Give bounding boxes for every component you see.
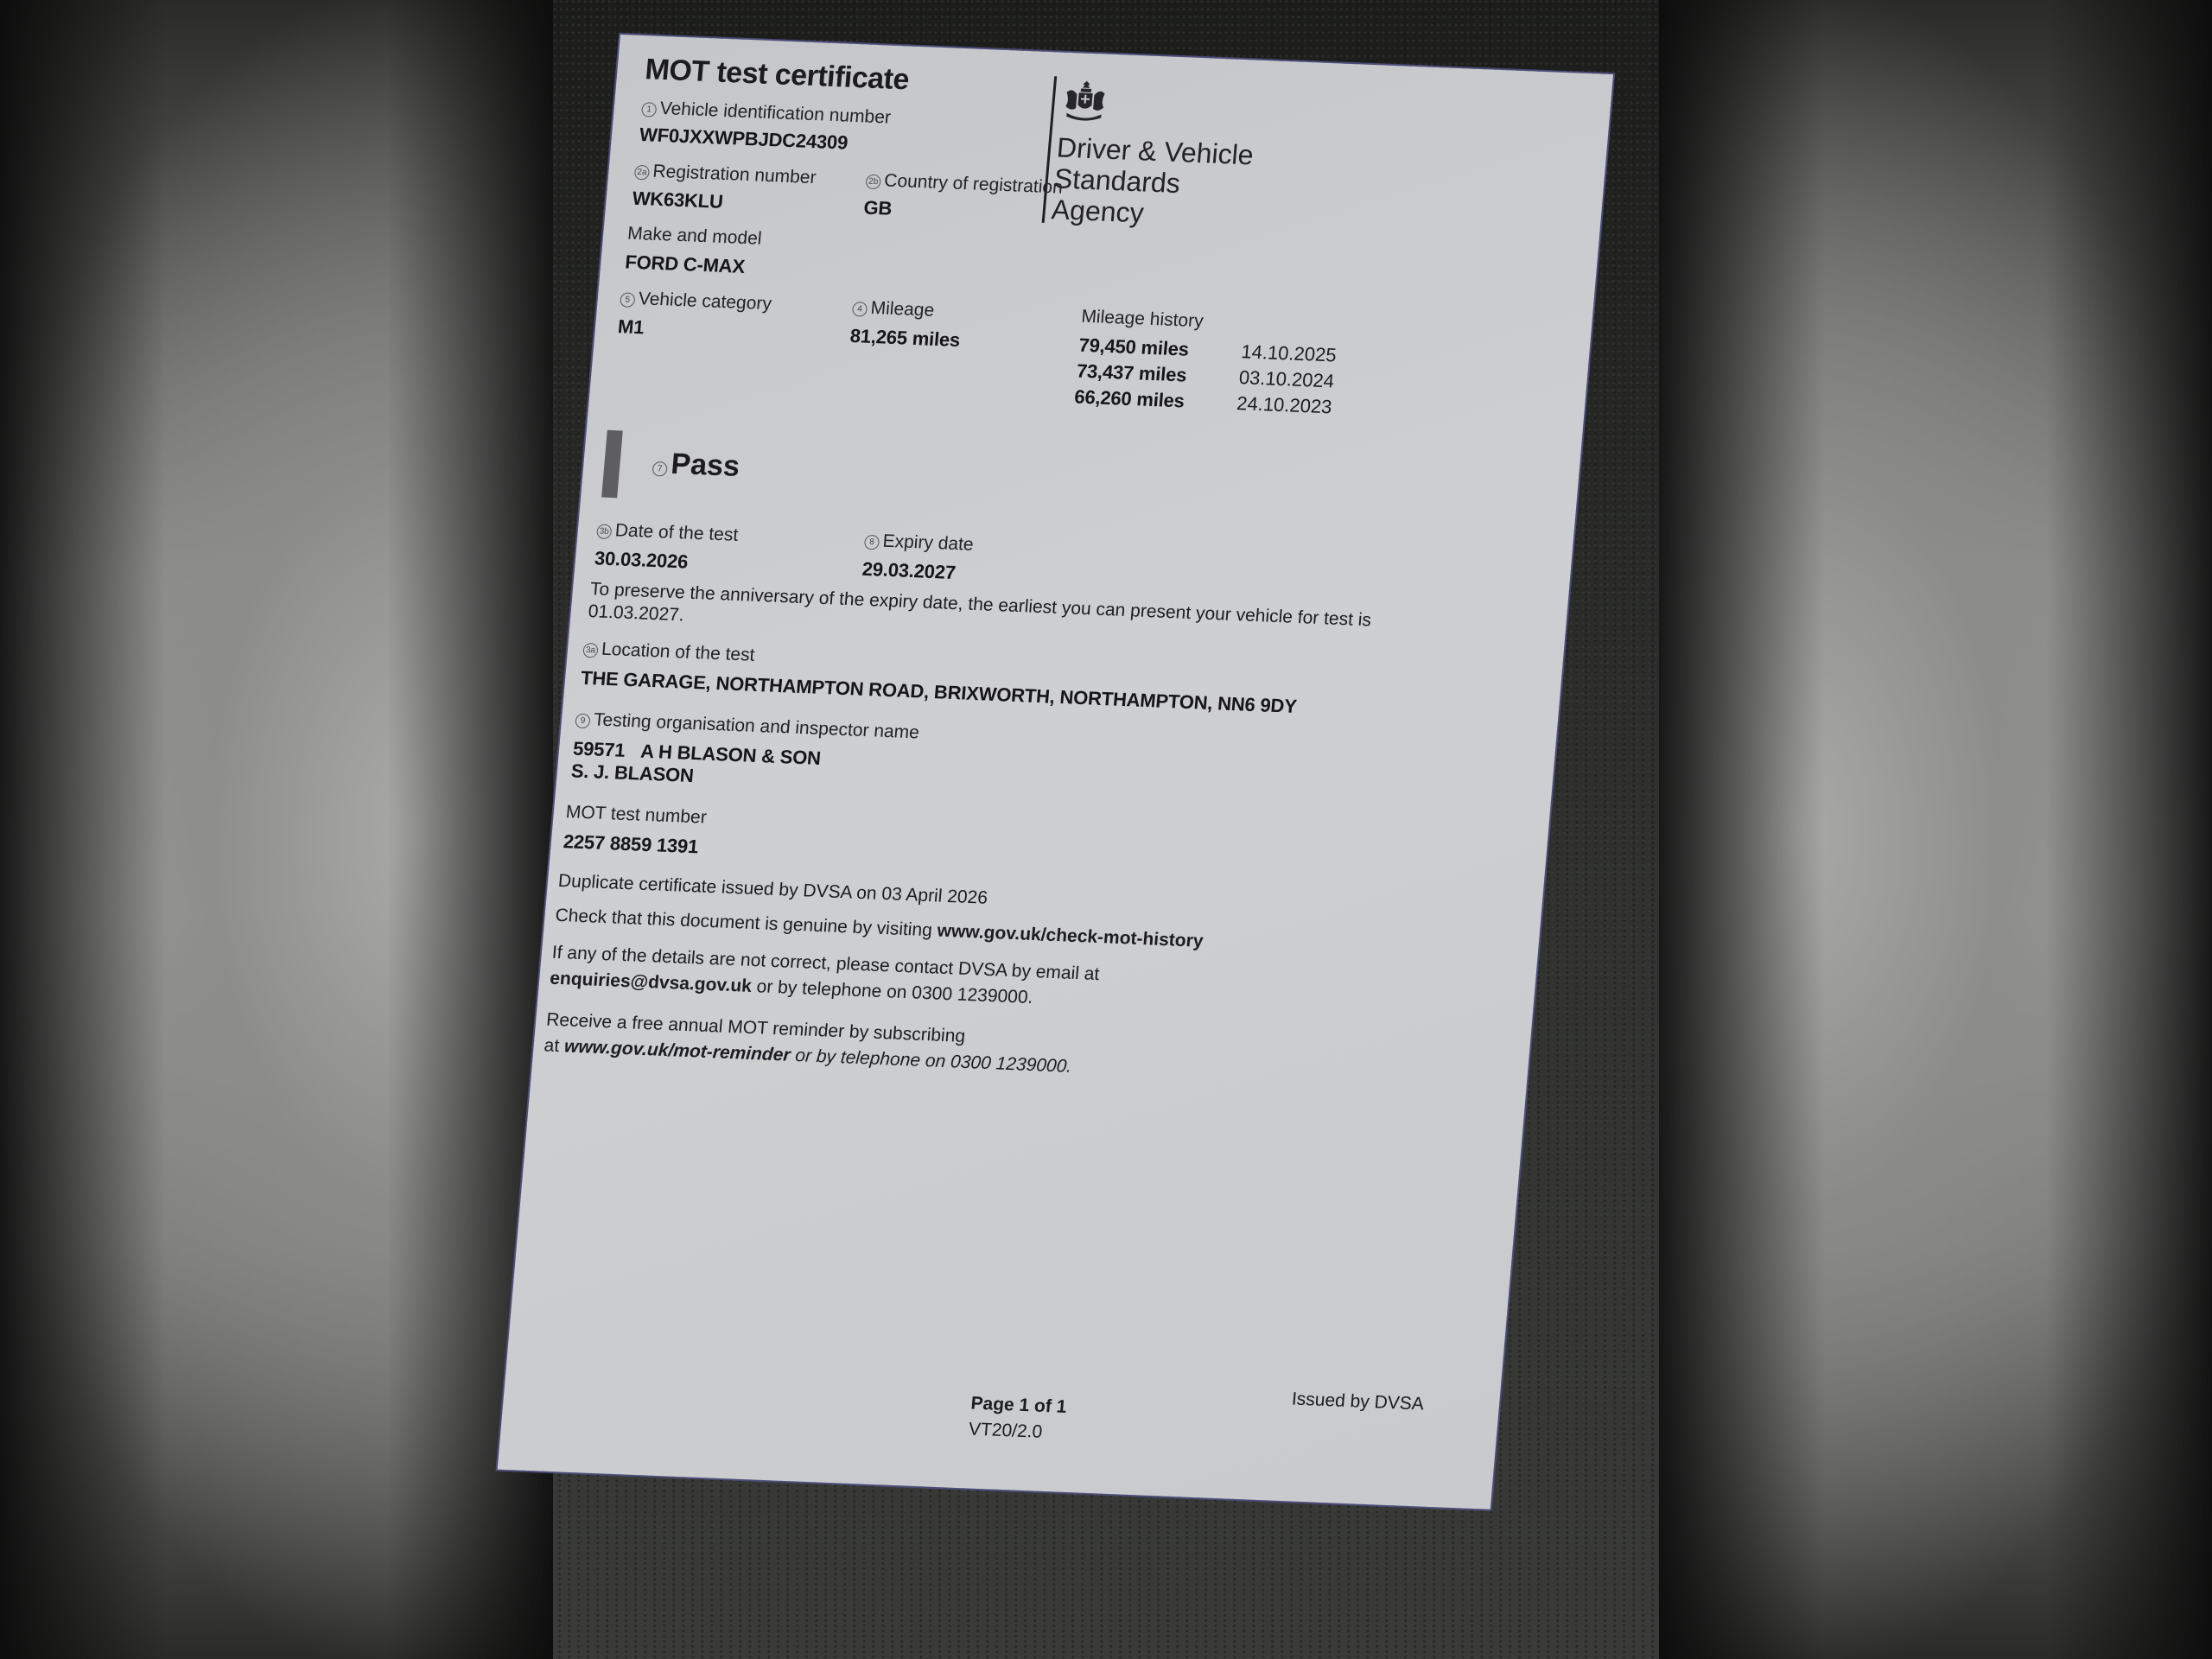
ref-number-icon: 5 xyxy=(620,292,635,308)
ref-number-icon: 4 xyxy=(852,302,868,317)
ref-number-icon: 7 xyxy=(652,461,667,477)
ref-number-icon: 8 xyxy=(864,535,880,550)
royal-crest-icon xyxy=(1059,80,1111,124)
mileage-history-label: Mileage history xyxy=(1080,307,1204,333)
issued-by: Issued by DVSA xyxy=(1291,1389,1425,1414)
mileage-value: 81,265 miles xyxy=(849,325,961,352)
testing-org-label-text: Testing organisation and inspector name xyxy=(593,709,920,742)
expiry-date-label-text: Expiry date xyxy=(882,531,975,555)
page-footer: Page 1 of 1 VT20/2.0 xyxy=(968,1394,1067,1444)
ref-number-icon: 3b xyxy=(596,524,612,539)
registration-label-text: Registration number xyxy=(652,162,817,188)
registration-value: WK63KLU xyxy=(632,188,724,213)
registration-label: 2aRegistration number xyxy=(634,161,817,188)
reminder-prefix: at xyxy=(543,1035,565,1056)
test-number-value: 2257 8859 1391 xyxy=(563,830,699,858)
test-number-label: MOT test number xyxy=(565,802,708,828)
result-status-bar xyxy=(601,430,623,499)
expiry-date-value: 29.03.2027 xyxy=(861,558,957,584)
mileage-history-list: 79,450 miles 14.10.2025 73,437 miles 03.… xyxy=(1073,334,1338,423)
country-label: 2bCountry of registration xyxy=(865,170,1063,199)
result-value: Pass xyxy=(670,448,741,483)
mileage-label: 4Mileage xyxy=(852,297,936,321)
vin-label-text: Vehicle identification number xyxy=(659,99,892,128)
ref-number-icon: 1 xyxy=(641,102,657,118)
country-value: GB xyxy=(862,196,893,219)
mot-certificate-sheet: MOT test certificate Driver & Ve xyxy=(498,35,1613,1510)
make-model-value: FORD C-MAX xyxy=(624,251,746,277)
check-mot-history-link[interactable]: www.gov.uk/check-mot-history xyxy=(937,921,1205,951)
agency-name-line-3: Agency xyxy=(1050,194,1249,232)
ref-number-icon: 2a xyxy=(634,165,650,181)
history-date: 24.10.2023 xyxy=(1236,392,1333,422)
blurred-background-left xyxy=(0,0,553,1659)
ref-number-icon: 2b xyxy=(865,175,880,190)
page-number: Page 1 of 1 xyxy=(970,1394,1068,1418)
country-label-text: Country of registration xyxy=(883,170,1063,197)
test-date-label: 3bDate of the test xyxy=(596,519,739,545)
contact-email-link[interactable]: enquiries@dvsa.gov.uk xyxy=(549,969,752,996)
result-status: 7Pass xyxy=(652,447,741,484)
photo: MOT test certificate Driver & Ve xyxy=(553,0,1659,1659)
mot-reminder-link[interactable]: www.gov.uk/mot-reminder xyxy=(563,1036,791,1065)
history-date: 14.10.2025 xyxy=(1240,340,1338,370)
test-date-label-text: Date of the test xyxy=(614,520,739,545)
vin-label: 1Vehicle identification number xyxy=(641,98,892,129)
document-title: MOT test certificate xyxy=(644,53,911,97)
location-value: THE GARAGE, NORTHAMPTON ROAD, BRIXWORTH,… xyxy=(580,667,1298,718)
duplicate-note: Duplicate certificate issued by DVSA on … xyxy=(557,871,988,909)
ref-number-icon: 9 xyxy=(575,714,590,729)
test-date-value: 30.03.2026 xyxy=(594,547,689,573)
category-label-text: Vehicle category xyxy=(638,289,772,314)
history-miles: 66,260 miles xyxy=(1073,385,1237,417)
location-label: 3aLocation of the test xyxy=(582,639,755,666)
contact-note: If any of the details are not correct, p… xyxy=(549,940,1100,1014)
location-label-text: Location of the test xyxy=(601,639,755,665)
reminder-note: Receive a free annual MOT reminder by su… xyxy=(543,1007,1075,1080)
category-label: 5Vehicle category xyxy=(620,288,772,315)
form-code: VT20/2.0 xyxy=(968,1420,1065,1444)
blurred-background-right xyxy=(1659,0,2212,1659)
expiry-date-label: 8Expiry date xyxy=(864,531,975,556)
site-number: 59571 xyxy=(572,738,626,761)
vin-value: WF0JXXWPBJDC24309 xyxy=(639,124,849,155)
testing-org-value: 59571A H BLASON & SON S. J. BLASON xyxy=(570,738,822,792)
mileage-label-text: Mileage xyxy=(870,298,935,321)
check-genuine-text: Check that this document is genuine by v… xyxy=(555,906,938,941)
make-model-label: Make and model xyxy=(626,224,762,250)
agency-name: Driver & Vehicle Standards Agency xyxy=(1050,131,1255,232)
history-date: 03.10.2024 xyxy=(1237,366,1335,396)
ref-number-icon: 3a xyxy=(582,643,598,658)
category-value: M1 xyxy=(617,315,645,339)
testing-org-label: 9Testing organisation and inspector name xyxy=(575,709,920,744)
